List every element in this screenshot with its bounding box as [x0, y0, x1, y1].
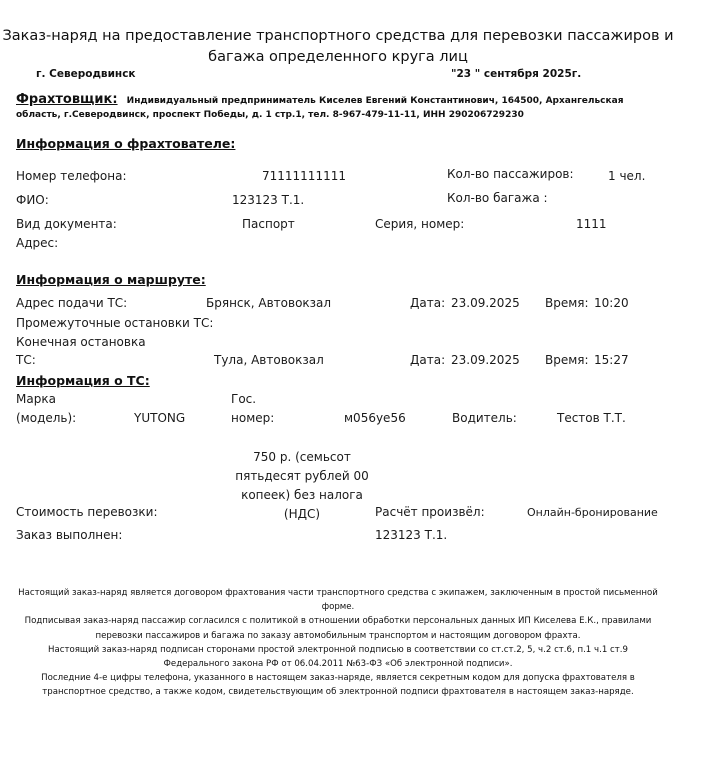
legal-footer: Настоящий заказ-наряд является договором…	[14, 586, 662, 700]
legal-paragraph-3: Настоящий заказ-наряд подписан сторонами…	[14, 643, 662, 671]
final-date: 23.09.2025	[451, 353, 520, 367]
pickup-time-label: Время:	[545, 296, 589, 310]
carrier-line-1: Индивидуальный предприниматель Киселев Е…	[127, 96, 624, 106]
city: г. Северодвинск	[36, 68, 136, 80]
completed-label: Заказ выполнен:	[16, 528, 122, 542]
pickup-time: 10:20	[594, 296, 629, 310]
final-value: Тула, Автовокзал	[214, 353, 324, 367]
passengers-value: 1 чел.	[608, 169, 645, 183]
plate-value: м056уе56	[344, 411, 406, 425]
settled-value: Онлайн-бронирование	[527, 506, 658, 519]
doc-type-label: Вид документа:	[16, 217, 117, 231]
title-line-2: багажа определенного круга лиц	[0, 47, 676, 68]
pickup-date-label: Дата:	[410, 296, 445, 310]
final-time-label: Время:	[545, 353, 589, 367]
phone-label: Номер телефона:	[16, 169, 127, 183]
final-label-line-1: Конечная остановка	[16, 335, 146, 349]
carrier-label: Фрахтовщик:	[16, 92, 118, 107]
section-vehicle-title: Информация о ТС:	[16, 373, 150, 388]
brand-value: YUTONG	[134, 411, 185, 425]
passengers-label: Кол-во пассажиров:	[447, 167, 574, 181]
pickup-date: 23.09.2025	[451, 296, 520, 310]
pickup-value: Брянск, Автовокзал	[206, 296, 331, 310]
series-label: Серия, номер:	[375, 217, 464, 231]
cost-value: 750 р. (семьсот пятьдесят рублей 00 копе…	[222, 448, 382, 524]
cost-line-3: копеек) без налога	[222, 486, 382, 505]
settled-label: Расчёт произвёл:	[375, 505, 485, 519]
plate-label-line-2: номер:	[231, 411, 274, 425]
phone-value: 71111111111	[262, 169, 346, 183]
doc-type-value: Паспорт	[242, 217, 295, 231]
driver-value: Тестов Т.Т.	[557, 411, 626, 425]
brand-label-line-2: (модель):	[16, 411, 76, 425]
cost-label: Стоимость перевозки:	[16, 505, 158, 519]
legal-paragraph-1: Настоящий заказ-наряд является договором…	[14, 586, 662, 614]
carrier-line-2: область, г.Северодвинск, проспект Победы…	[16, 110, 524, 120]
series-value: 1111	[576, 217, 607, 231]
intermediate-label: Промежуточные остановки ТС:	[16, 316, 213, 330]
plate-label-line-1: Гос.	[231, 392, 256, 406]
section-route-title: Информация о маршруте:	[16, 272, 206, 287]
carrier-block: Фрахтовщик: Индивидуальный предпринимате…	[16, 88, 623, 107]
pickup-label: Адрес подачи ТС:	[16, 296, 127, 310]
document-title: Заказ-наряд на предоставление транспортн…	[0, 26, 676, 68]
cost-line-4: (НДС)	[222, 505, 382, 524]
fio-label: ФИО:	[16, 193, 49, 207]
final-date-label: Дата:	[410, 353, 445, 367]
driver-label: Водитель:	[452, 411, 517, 425]
cost-line-1: 750 р. (семьсот	[222, 448, 382, 467]
title-line-1: Заказ-наряд на предоставление транспортн…	[0, 26, 676, 47]
section-charterer-title: Информация о фрахтователе:	[16, 136, 235, 151]
brand-label-line-1: Марка	[16, 392, 56, 406]
baggage-label: Кол-во багажа :	[447, 191, 548, 205]
completed-value: 123123 Т.1.	[375, 528, 447, 542]
final-label-line-2: ТС:	[16, 353, 36, 367]
legal-paragraph-2: Подписывая заказ-наряд пассажир согласил…	[14, 614, 662, 642]
address-label: Адрес:	[16, 236, 58, 250]
legal-paragraph-4: Последние 4-е цифры телефона, указанного…	[14, 671, 662, 699]
cost-line-2: пятьдесят рублей 00	[222, 467, 382, 486]
final-time: 15:27	[594, 353, 629, 367]
document-date: "23 " сентября 2025г.	[451, 68, 581, 80]
fio-value: 123123 Т.1.	[232, 193, 304, 207]
